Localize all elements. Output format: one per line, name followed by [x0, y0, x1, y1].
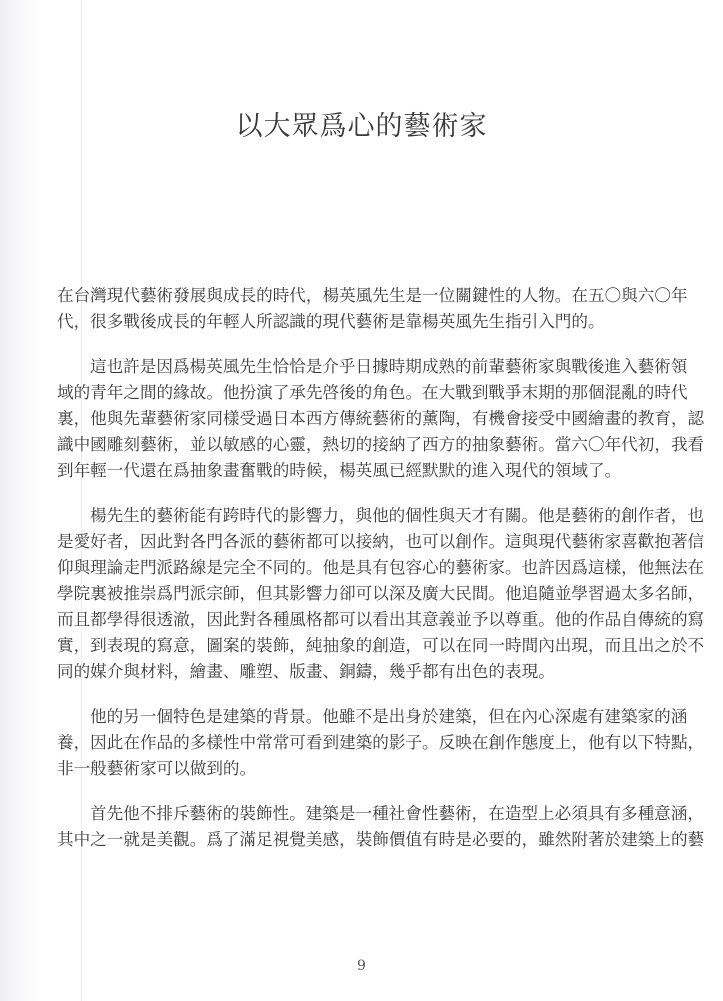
text-line: 楊先生的藝術能有跨時代的影響力，與他的個性與天才有關。他是藝術的創作者，也 — [57, 503, 665, 529]
text-line: 養，因此在作品的多樣性中常常可看到建築的影子。反映在創作態度上，他有以下特點， — [57, 730, 665, 756]
page-title: 以大眾爲心的藝術家 — [0, 104, 723, 143]
paragraph-3: 楊先生的藝術能有跨時代的影響力，與他的個性與天才有關。他是藝術的創作者，也 是愛… — [57, 503, 665, 685]
text-line: 而且都學得很透澈，因此對各種風格都可以看出其意義並予以尊重。他的作品自傳統的寫 — [57, 607, 665, 633]
text-line: 域的青年之間的緣故。他扮演了承先啓後的角色。在大戰到戰爭末期的那個混亂的時代 — [57, 380, 665, 406]
text-line: 到年輕一代還在爲抽象畫奮戰的時候，楊英風已經默默的進入現代的領域了。 — [57, 458, 665, 484]
text-line: 這也許是因爲楊英風先生恰恰是介乎日據時期成熟的前輩藝術家與戰後進入藝術領 — [57, 354, 665, 380]
text-line: 首先他不排斥藝術的裝飾性。建築是一種社會性藝術，在造型上必須具有多種意涵， — [57, 801, 665, 827]
paragraph-1: 在台灣現代藝術發展與成長的時代，楊英風先生是一位關鍵性的人物。在五〇與六〇年 代… — [57, 283, 665, 335]
text-line: 識中國雕刻藝術，並以敏感的心靈，熱切的接納了西方的抽象藝術。當六〇年代初，我看 — [57, 432, 665, 458]
text-line: 學院裏被推崇爲門派宗師，但其影響力卻可以深及廣大民間。他追隨並學習過太多名師， — [57, 581, 665, 607]
text-line: 裏，他與先輩藝術家同樣受過日本西方傳統藝術的薰陶，有機會接受中國繪畫的教育，認 — [57, 406, 665, 432]
page-number: 9 — [0, 958, 723, 974]
paragraph-5: 首先他不排斥藝術的裝飾性。建築是一種社會性藝術，在造型上必須具有多種意涵， 其中… — [57, 801, 665, 853]
paragraph-2: 這也許是因爲楊英風先生恰恰是介乎日據時期成熟的前輩藝術家與戰後進入藝術領 域的青… — [57, 354, 665, 484]
text-line: 其中之一就是美觀。爲了滿足視覺美感，裝飾價值有時是必要的，雖然附著於建築上的藝 — [57, 827, 665, 853]
document-page: 以大眾爲心的藝術家 在台灣現代藝術發展與成長的時代，楊英風先生是一位關鍵性的人物… — [0, 0, 723, 1001]
text-line: 在台灣現代藝術發展與成長的時代，楊英風先生是一位關鍵性的人物。在五〇與六〇年 — [57, 283, 665, 309]
text-line: 代，很多戰後成長的年輕人所認識的現代藝術是靠楊英風先生指引入門的。 — [57, 309, 665, 335]
text-line: 是愛好者，因此對各門各派的藝術都可以接納，也可以創作。這與現代藝術家喜歡抱著信 — [57, 529, 665, 555]
paragraph-4: 他的另一個特色是建築的背景。他雖不是出身於建築，但在內心深處有建築家的涵 養，因… — [57, 704, 665, 782]
text-line: 非一般藝術家可以做到的。 — [57, 756, 665, 782]
text-line: 仰與理論走門派路線是完全不同的。他是具有包容心的藝術家。也許因爲這樣，他無法在 — [57, 555, 665, 581]
body-text: 在台灣現代藝術發展與成長的時代，楊英風先生是一位關鍵性的人物。在五〇與六〇年 代… — [57, 283, 665, 872]
text-line: 實，到表現的寫意，圖案的裝飾，純抽象的創造，可以在同一時間內出現，而且出之於不 — [57, 633, 665, 659]
text-line: 同的媒介與材料，繪畫、雕塑、版畫、銅鑄，幾乎都有出色的表現。 — [57, 659, 665, 685]
text-line: 他的另一個特色是建築的背景。他雖不是出身於建築，但在內心深處有建築家的涵 — [57, 704, 665, 730]
